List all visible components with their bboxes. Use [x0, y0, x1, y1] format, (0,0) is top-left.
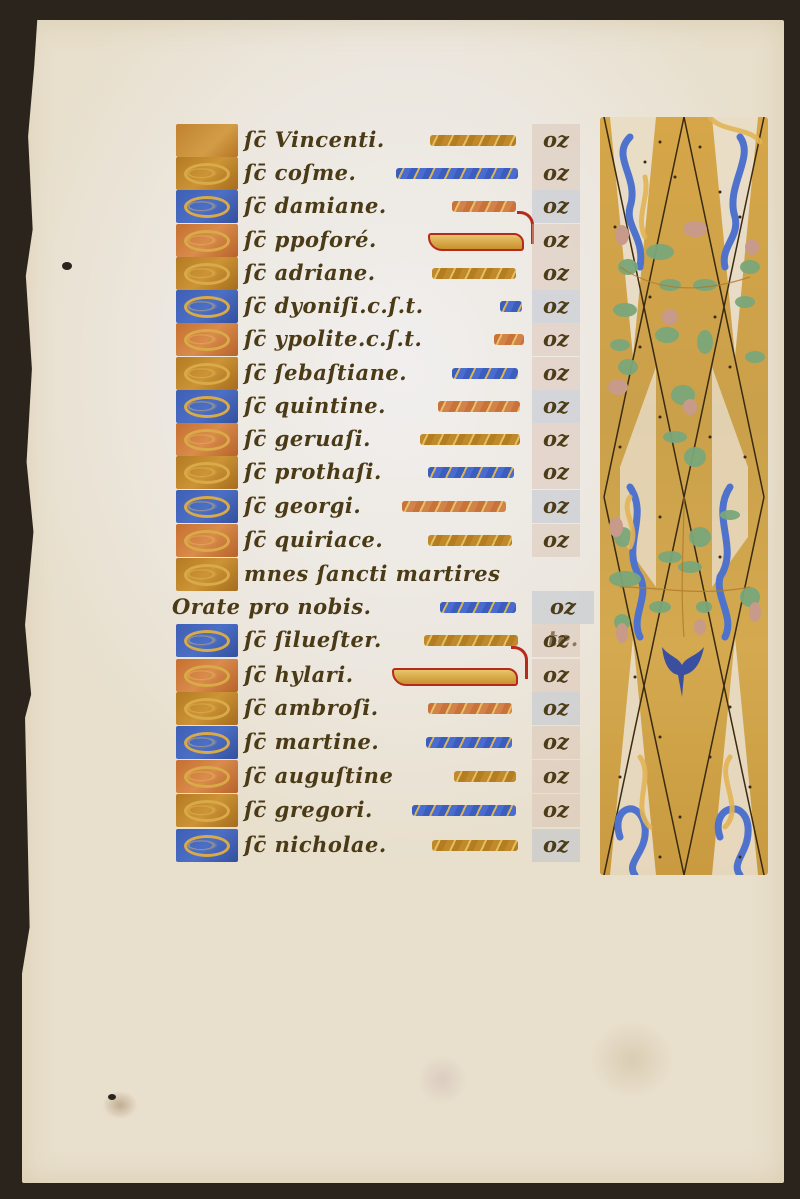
response-ora: oz	[532, 829, 580, 862]
dragon-line-filler	[392, 668, 518, 686]
response-ora: oz	[532, 157, 580, 190]
s-initial-icon	[184, 230, 230, 252]
s-initial-icon	[184, 800, 230, 822]
litany-text: ſc̄ ambroſi.	[244, 692, 379, 724]
response-ora: oz	[532, 794, 580, 827]
response-ora: oz	[532, 290, 580, 323]
response-ora: oz	[532, 124, 580, 157]
line-filler	[438, 401, 520, 412]
litany-text: ſc̄ hylari.	[244, 659, 354, 691]
initial-block	[176, 257, 238, 290]
litany-text: mnes ſancti martires	[244, 558, 500, 590]
response-ora: oz te.	[532, 591, 594, 624]
line-filler	[430, 135, 516, 146]
litany-text: Orate pro nobis.	[172, 591, 371, 623]
lattice-ornament-icon	[600, 117, 768, 875]
line-filler	[428, 535, 512, 546]
line-filler	[494, 334, 524, 345]
line-filler	[500, 301, 522, 312]
response-ora: oz	[532, 224, 580, 257]
line-filler	[420, 434, 520, 445]
response-ora: oz	[532, 624, 580, 657]
response-ora: oz	[532, 456, 580, 489]
litany-text: ſc̄ georgi.	[244, 490, 361, 522]
litany-text: ſc̄ ſilueſter.	[244, 624, 382, 656]
line-filler	[396, 168, 518, 179]
litany-text: ſc̄ geruaſi.	[244, 423, 371, 455]
litany-text: ſc̄ prothaſi.	[244, 456, 382, 488]
litany-text: ſc̄ quintine.	[244, 390, 386, 422]
initial-block	[176, 558, 238, 591]
s-initial-icon	[184, 496, 230, 518]
initial-block	[176, 490, 238, 523]
response-ora: oz	[532, 760, 580, 793]
line-filler	[432, 840, 518, 851]
response-ora: oz	[532, 323, 580, 356]
s-initial-icon	[184, 363, 230, 385]
initial-block	[176, 390, 238, 423]
illuminated-border	[600, 117, 768, 875]
line-filler	[440, 602, 516, 613]
initial-block	[176, 794, 238, 827]
line-filler	[424, 635, 518, 646]
response-ora: oz	[532, 524, 580, 557]
response-ora: oz	[532, 257, 580, 290]
response-ora: oz	[532, 390, 580, 423]
response-ora: oz	[532, 726, 580, 759]
line-filler	[428, 703, 512, 714]
s-initial-icon	[184, 732, 230, 754]
litany-text: ſc̄ adriane.	[244, 257, 376, 289]
wormhole	[108, 1094, 116, 1100]
litany-text: ſc̄ Vincenti.	[244, 124, 385, 156]
litany-text: ſc̄ coſme.	[244, 157, 356, 189]
initial-block	[176, 157, 238, 190]
line-filler	[432, 268, 516, 279]
initial-block	[176, 692, 238, 725]
litany-text: ſc̄ dyoniſi.c.ſ.t.	[244, 290, 424, 322]
initial-block	[176, 190, 238, 223]
initial-block	[176, 760, 238, 793]
line-filler	[426, 737, 512, 748]
response-ora: oz	[532, 423, 580, 456]
litany-text: ſc̄ auguſtine	[244, 760, 393, 792]
initial-block	[176, 829, 238, 862]
litany-text: ſc̄ martine.	[244, 726, 379, 758]
initial-block	[176, 726, 238, 759]
bird-icon	[662, 647, 704, 697]
litany-text: ſc̄ nicholae.	[244, 829, 387, 861]
s-initial-icon	[184, 462, 230, 484]
initial-block	[176, 124, 238, 157]
response-ora: oz	[532, 357, 580, 390]
initial-block	[176, 659, 238, 692]
s-initial-icon	[184, 163, 230, 185]
line-filler	[452, 368, 518, 379]
s-initial-icon	[184, 665, 230, 687]
s-initial-icon	[184, 630, 230, 652]
s-initial-icon	[184, 530, 230, 552]
initial-block	[176, 323, 238, 356]
initial-block	[176, 624, 238, 657]
s-initial-icon	[184, 766, 230, 788]
s-initial-icon	[184, 196, 230, 218]
s-initial-icon	[184, 396, 230, 418]
dragon-line-filler	[428, 233, 524, 251]
litany-text: ſc̄ ppoforé.	[244, 224, 377, 256]
response-ora: oz	[532, 190, 580, 223]
response-ora: oz	[532, 659, 580, 692]
initial-block	[176, 524, 238, 557]
initial-block	[176, 423, 238, 456]
s-initial-icon	[184, 564, 230, 586]
line-filler	[412, 805, 516, 816]
line-filler	[428, 467, 514, 478]
initial-block	[176, 456, 238, 489]
line-filler	[452, 201, 516, 212]
s-initial-icon	[184, 429, 230, 451]
s-initial-icon	[184, 263, 230, 285]
response-ora: oz	[532, 692, 580, 725]
s-initial-icon	[184, 835, 230, 857]
response-ora: oz	[532, 490, 580, 523]
litany-text: ſc̄ quiriace.	[244, 524, 383, 556]
s-initial-icon	[184, 329, 230, 351]
line-filler	[402, 501, 506, 512]
litany-text: ſc̄ ypolite.c.ſ.t.	[244, 323, 422, 355]
s-initial-icon	[184, 698, 230, 720]
litany-text: ſc̄ damiane.	[244, 190, 387, 222]
s-initial-icon	[184, 296, 230, 318]
line-filler	[454, 771, 516, 782]
initial-block	[176, 290, 238, 323]
litany-text: ſc̄ ſebaſtiane.	[244, 357, 407, 389]
initial-block	[176, 224, 238, 257]
initial-block	[176, 357, 238, 390]
litany-text: ſc̄ gregori.	[244, 794, 373, 826]
